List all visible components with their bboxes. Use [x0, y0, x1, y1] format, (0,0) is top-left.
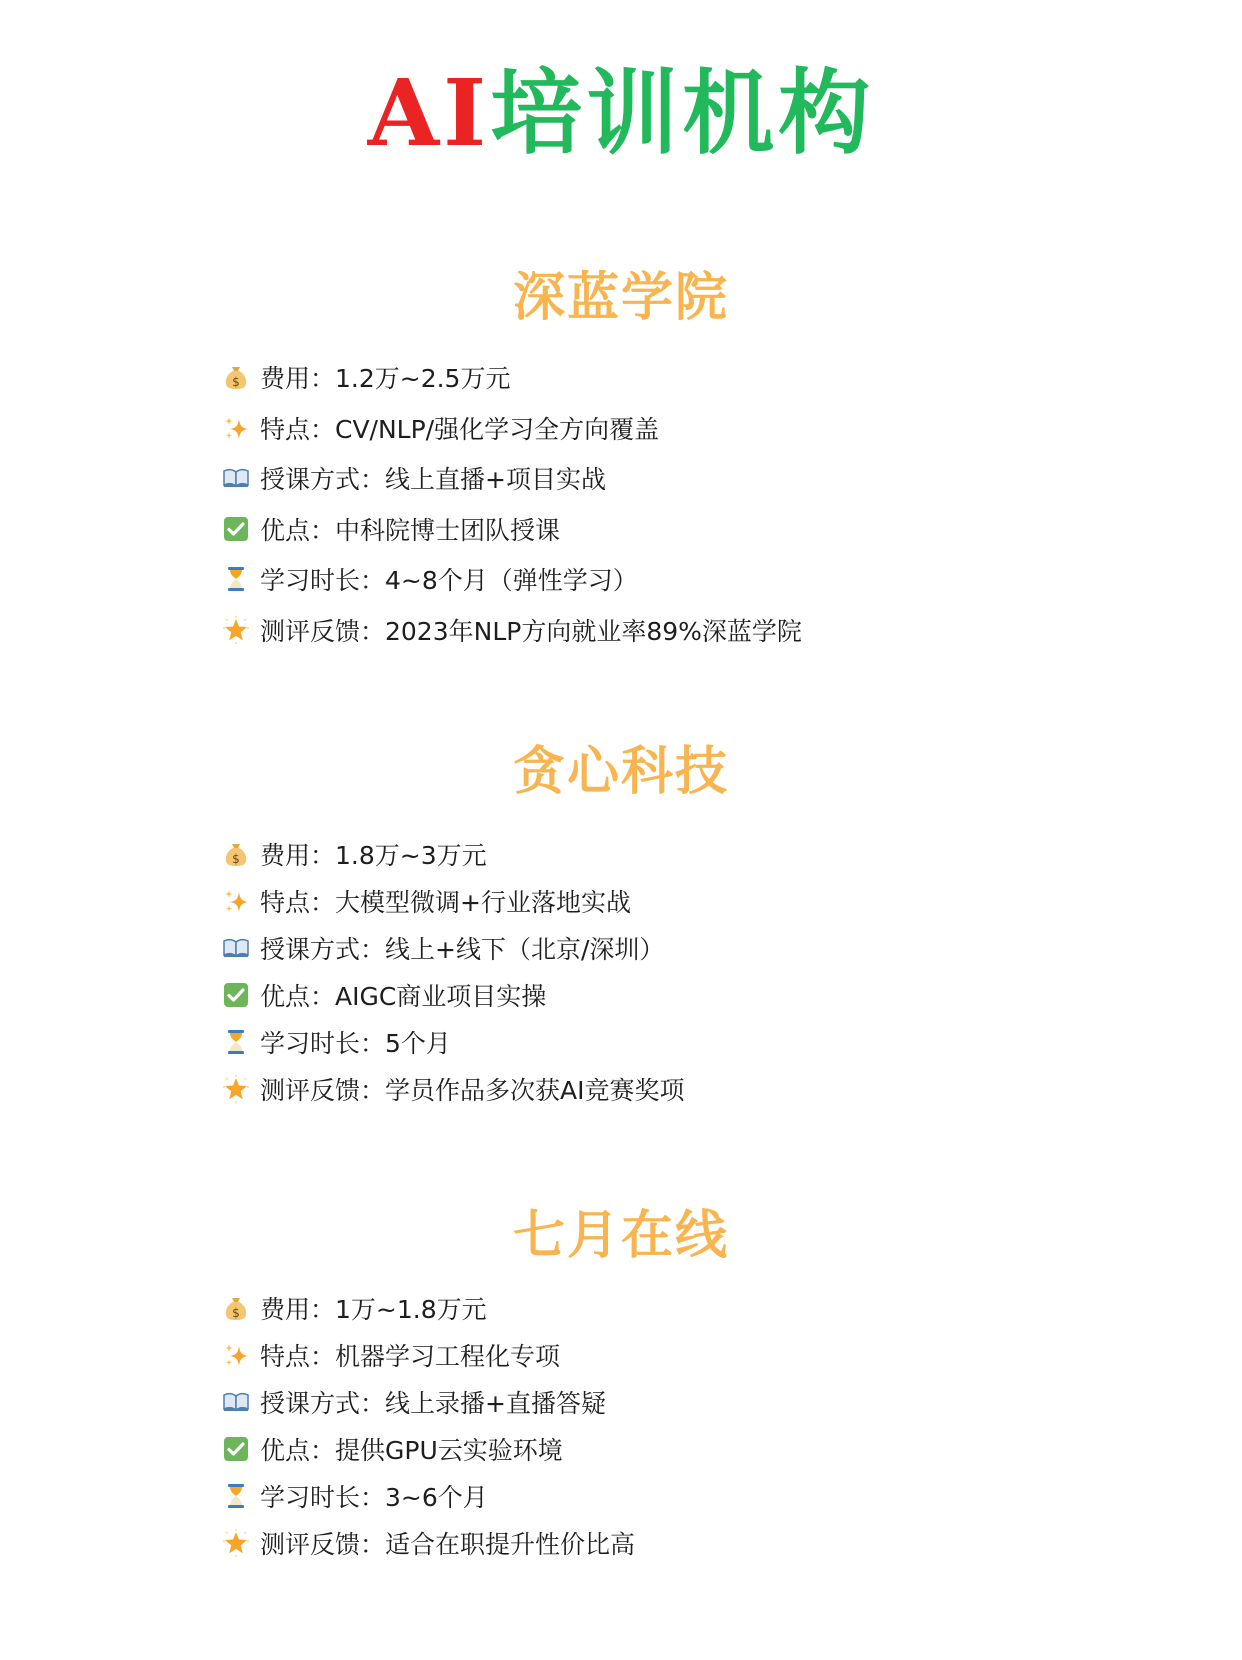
detail-list: 费用：1.2万~2.5万元 特点：CV/NLP/强化学习全方向覆盖 授课方式：线…	[222, 352, 802, 655]
list-item-fee: 费用：1.8万~3万元	[222, 830, 684, 877]
open-book-icon	[222, 934, 250, 962]
item-text: 测评反馈：适合在职提升性价比高	[260, 1525, 635, 1561]
item-text: 优点：提供GPU云实验环境	[260, 1431, 563, 1467]
page-title: AI培训机构	[0, 58, 1242, 169]
money-bag-icon	[222, 363, 250, 391]
money-bag-icon	[222, 1294, 250, 1322]
item-text: 测评反馈：学员作品多次获AI竞赛奖项	[260, 1071, 684, 1107]
glowing-star-icon	[222, 1529, 250, 1557]
list-item-mode: 授课方式：线上录播+直播答疑	[222, 1378, 635, 1425]
section-greedy-tech: 贪心科技 费用：1.8万~3万元 特点：大模型微调+行业落地实战 授课方式：线上…	[0, 742, 1242, 802]
list-item-feature: 特点：大模型微调+行业落地实战	[222, 877, 684, 924]
item-text: 学习时长：5个月	[260, 1024, 451, 1060]
check-mark-icon	[222, 515, 250, 543]
item-text: 测评反馈：2023年NLP方向就业率89%深蓝学院	[260, 612, 802, 648]
list-item-advantage: 优点：中科院博士团队授课	[222, 504, 802, 555]
detail-list: 费用：1.8万~3万元 特点：大模型微调+行业落地实战 授课方式：线上+线下（北…	[222, 830, 684, 1112]
open-book-icon	[222, 464, 250, 492]
check-mark-icon	[222, 1435, 250, 1463]
list-item-duration: 学习时长：5个月	[222, 1018, 684, 1065]
item-text: 费用：1.8万~3万元	[260, 836, 487, 872]
item-text: 费用：1.2万~2.5万元	[260, 359, 510, 395]
money-bag-icon	[222, 840, 250, 868]
list-item-duration: 学习时长：4~8个月（弹性学习）	[222, 554, 802, 605]
sparkles-icon	[222, 1341, 250, 1369]
list-item-feature: 特点：机器学习工程化专项	[222, 1331, 635, 1378]
list-item-fee: 费用：1万~1.8万元	[222, 1284, 635, 1331]
item-text: 特点：大模型微调+行业落地实战	[260, 883, 631, 919]
list-item-fee: 费用：1.2万~2.5万元	[222, 352, 802, 403]
sparkles-icon	[222, 414, 250, 442]
hourglass-icon	[222, 565, 250, 593]
title-rest: 培训机构	[490, 60, 874, 167]
list-item-feature: 特点：CV/NLP/强化学习全方向覆盖	[222, 403, 802, 454]
section-heading: 贪心科技	[0, 742, 1242, 802]
item-text: 费用：1万~1.8万元	[260, 1290, 487, 1326]
list-item-mode: 授课方式：线上直播+项目实战	[222, 453, 802, 504]
list-item-review: 测评反馈：2023年NLP方向就业率89%深蓝学院	[222, 605, 802, 656]
hourglass-icon	[222, 1028, 250, 1056]
item-text: 授课方式：线上录播+直播答疑	[260, 1384, 606, 1420]
item-text: 优点：AIGC商业项目实操	[260, 977, 546, 1013]
list-item-advantage: 优点：提供GPU云实验环境	[222, 1425, 635, 1472]
list-item-advantage: 优点：AIGC商业项目实操	[222, 971, 684, 1018]
item-text: 授课方式：线上+线下（北京/深圳）	[260, 930, 664, 966]
section-deepblue: 深蓝学院 费用：1.2万~2.5万元 特点：CV/NLP/强化学习全方向覆盖 授…	[0, 268, 1242, 328]
item-text: 优点：中科院博士团队授课	[260, 511, 560, 547]
section-heading: 七月在线	[0, 1206, 1242, 1266]
item-text: 授课方式：线上直播+项目实战	[260, 460, 606, 496]
glowing-star-icon	[222, 1075, 250, 1103]
detail-list: 费用：1万~1.8万元 特点：机器学习工程化专项 授课方式：线上录播+直播答疑 …	[222, 1284, 635, 1566]
glowing-star-icon	[222, 616, 250, 644]
item-text: 特点：机器学习工程化专项	[260, 1337, 560, 1373]
sparkles-icon	[222, 887, 250, 915]
list-item-review: 测评反馈：适合在职提升性价比高	[222, 1519, 635, 1566]
list-item-duration: 学习时长：3~6个月	[222, 1472, 635, 1519]
item-text: 学习时长：3~6个月	[260, 1478, 488, 1514]
list-item-mode: 授课方式：线上+线下（北京/深圳）	[222, 924, 684, 971]
hourglass-icon	[222, 1482, 250, 1510]
title-ai: AI	[368, 59, 490, 167]
open-book-icon	[222, 1388, 250, 1416]
item-text: 特点：CV/NLP/强化学习全方向覆盖	[260, 410, 659, 446]
item-text: 学习时长：4~8个月（弹性学习）	[260, 561, 638, 597]
check-mark-icon	[222, 981, 250, 1009]
section-july-online: 七月在线 费用：1万~1.8万元 特点：机器学习工程化专项 授课方式：线上录播+…	[0, 1206, 1242, 1266]
section-heading: 深蓝学院	[0, 268, 1242, 328]
list-item-review: 测评反馈：学员作品多次获AI竞赛奖项	[222, 1065, 684, 1112]
